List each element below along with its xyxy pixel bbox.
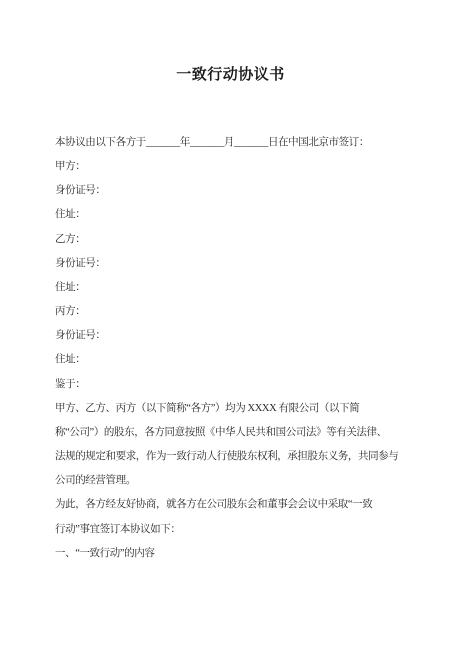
document-page: 一致行动协议书 本协议由以下各方于_______年_______月_______… xyxy=(0,0,461,653)
doc-line-party-b-id: 身份证号： xyxy=(55,252,391,276)
document-body: 本协议由以下各方于_______年_______月_______日在中国北京市签… xyxy=(55,131,391,566)
doc-line-party-a: 甲方： xyxy=(55,155,391,179)
doc-line-party-b-addr: 住址： xyxy=(55,276,391,300)
doc-line-party-b: 乙方： xyxy=(55,228,391,252)
doc-line-party-c-addr: 住址： xyxy=(55,348,391,372)
doc-line-party-c-id: 身份证号： xyxy=(55,324,391,348)
document-title: 一致行动协议书 xyxy=(0,63,461,87)
doc-line-signing-date: 本协议由以下各方于_______年_______月_______日在中国北京市签… xyxy=(55,131,391,155)
doc-line-purpose-2: 行动”事宜签订本协议如下： xyxy=(55,518,391,542)
doc-line-purpose-1: 为此，各方经友好协商，就各方在公司股东会和董事会会议中采取“一致 xyxy=(55,493,391,517)
doc-line-whereas-4: 公司的经营管理。 xyxy=(55,469,391,493)
doc-line-party-c: 丙方： xyxy=(55,300,391,324)
doc-line-party-a-id: 身份证号： xyxy=(55,179,391,203)
doc-line-whereas-3: 法规的规定和要求，作为一致行动人行使股东权利，承担股东义务，共同参与 xyxy=(55,445,391,469)
doc-line-section-1-heading: 一、“一致行动”的内容 xyxy=(55,542,391,566)
doc-line-whereas-label: 鉴于： xyxy=(55,373,391,397)
doc-line-whereas-2: 称“公司”）的股东，各方同意按照《中华人民共和国公司法》等有关法律、 xyxy=(55,421,391,445)
doc-line-party-a-addr: 住址： xyxy=(55,203,391,227)
doc-line-whereas-1: 甲方、乙方、丙方（以下简称“各方”）均为 XXXX 有限公司（以下简 xyxy=(55,397,391,421)
